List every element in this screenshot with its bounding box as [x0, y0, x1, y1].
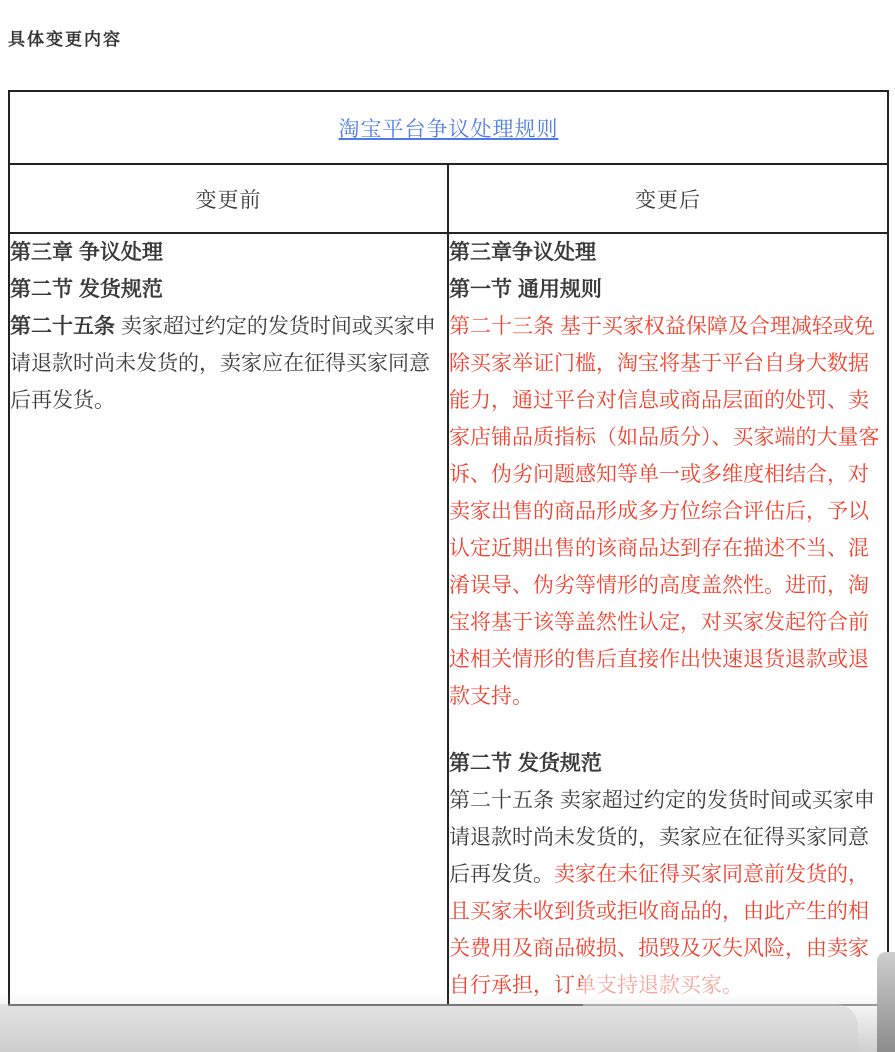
rule-link-cell: 淘宝平台争议处理规则 — [9, 91, 888, 164]
after-clause-25: 第二十五条 卖家超过约定的发货时间或买家申请退款时尚未发货的，卖家应在征得买家同… — [449, 782, 887, 1004]
before-clause-25: 第二十五条 卖家超过约定的发货时间或买家申请退款时尚未发货的，卖家应在征得买家同… — [10, 308, 447, 419]
rules-comparison-table: 淘宝平台争议处理规则 变更前 变更后 第三章 争议处理 第二节 发货规范 第二十… — [8, 90, 889, 1006]
after-chapter-heading: 第三章争议处理 — [449, 234, 887, 271]
before-chapter-heading: 第三章 争议处理 — [10, 234, 447, 271]
before-clause-25-label: 第二十五条 — [10, 315, 115, 338]
page-title: 具体变更内容 — [8, 30, 895, 50]
page: 具体变更内容 淘宝平台争议处理规则 变更前 变更后 第三章 争议处理 第二节 发… — [0, 0, 895, 1052]
after-clause-23-changed: 第二十三条 基于买家权益保障及合理减轻或免除买家举证门槛，淘宝将基于平台自身大数… — [449, 308, 887, 715]
after-cell: 第三章争议处理 第一节 通用规则 第二十三条 基于买家权益保障及合理减轻或免除买… — [448, 233, 888, 1005]
after-section-2-heading: 第二节 发货规范 — [449, 745, 887, 782]
video-overlay-panel — [0, 1004, 858, 1052]
column-header-before: 变更前 — [9, 164, 448, 233]
after-section-1-heading: 第一节 通用规则 — [449, 271, 887, 308]
column-header-after: 变更后 — [448, 164, 888, 233]
rule-title-link[interactable]: 淘宝平台争议处理规则 — [339, 118, 559, 141]
before-cell: 第三章 争议处理 第二节 发货规范 第二十五条 卖家超过约定的发货时间或买家申请… — [9, 233, 448, 1005]
before-section-heading: 第二节 发货规范 — [10, 271, 447, 308]
